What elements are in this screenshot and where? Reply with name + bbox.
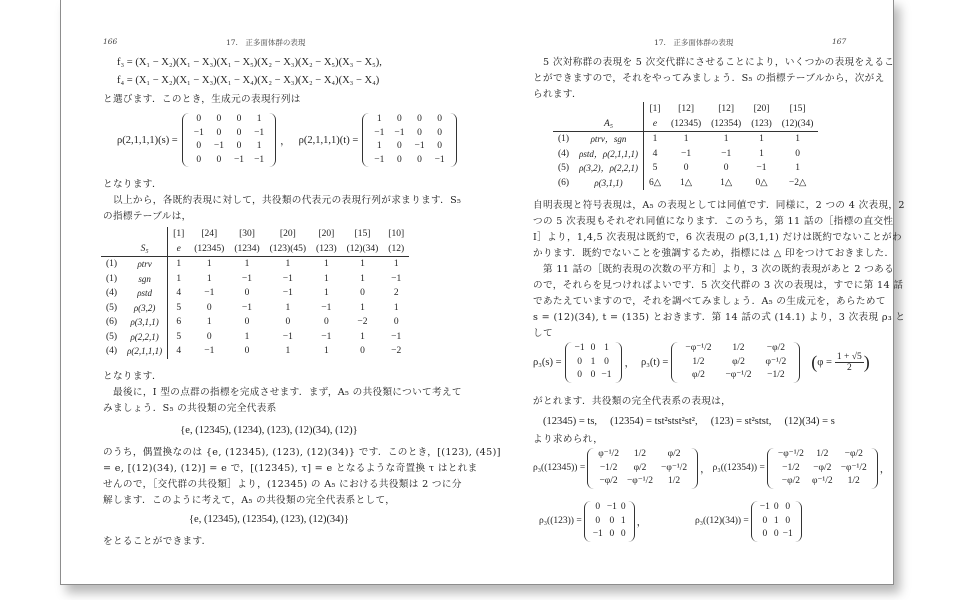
left-page: 166 17. 正多面体群の表現 f₃ = (X₁ − X₂)(X₁ − X₃)… — [61, 0, 477, 584]
matrix-cell: 0 — [572, 356, 588, 370]
separator: ， — [880, 461, 891, 476]
character-value: 0 — [666, 161, 706, 176]
matrix-cell: −φ⁻¹/2 — [678, 342, 718, 356]
matrix-cell: φ/2 — [678, 369, 718, 383]
character-value: 1 — [643, 132, 666, 147]
matrix-cell: 0 — [598, 356, 614, 370]
character-table: [1][12][12][20][15]A₅e(12345)(12354)(123… — [553, 102, 818, 190]
matrix-cell: −1 — [598, 369, 614, 383]
matrix-row: 0001 — [189, 113, 269, 127]
matrix-cell: −1 — [605, 501, 619, 515]
matrix-cell: 0 — [189, 154, 209, 168]
matrix-cell: 0 — [588, 342, 599, 356]
character-value: 0 — [189, 301, 229, 316]
character-value: 0 — [189, 330, 229, 345]
paragraph: 自明表現と符号表現は，A₅ の表現としては同値です．同様に，2 つの 4 次表現… — [533, 198, 905, 214]
matrix-cell: 1 — [619, 515, 628, 529]
generator-matrices: ρ(2,1,1,1)(s) = 0001−100−10−10100−1−1 ， … — [117, 113, 457, 167]
matrix-row: −101 — [572, 342, 615, 356]
separator: ， — [637, 514, 648, 529]
matrix-row: −φ/2φ⁻¹/21/2 — [774, 475, 871, 489]
matrix-row: 00−1−1 — [189, 154, 269, 168]
character-value: 1 — [265, 344, 311, 359]
running-header: 17. 正多面体群の表現 — [226, 37, 305, 48]
matrix-cell: 0 — [758, 528, 772, 542]
paragraph: がとれます．共役類の完全代表系の表現は， — [533, 394, 731, 410]
matrix-label: ρ₃(t) = — [641, 357, 668, 368]
character-value: −2 — [342, 315, 384, 330]
character-value: 6△ — [643, 176, 666, 191]
character-value: 0 — [229, 344, 264, 359]
representation-name: ρ(2,2,1) — [122, 330, 168, 345]
matrix-cell: −φ/2 — [759, 342, 794, 356]
empty-cell — [101, 242, 122, 257]
table-corner-label: S₅ — [122, 242, 168, 257]
matrix-cell: 1/2 — [657, 475, 691, 489]
paragraph: であたえていますので，それを調べてみましょう．A₅ の生成元を，あらためて — [533, 294, 886, 310]
matrix-cell: 1/2 — [837, 475, 871, 489]
matrix-cell: φ/2 — [657, 448, 691, 462]
character-value: −2 — [383, 344, 409, 359]
character-value: 4 — [168, 286, 190, 301]
character-value: 0 — [342, 344, 384, 359]
class-size: [24] — [189, 227, 229, 242]
matrix-cell: 0 — [409, 113, 429, 127]
matrix-cell: φ⁻¹/2 — [808, 475, 837, 489]
conjugacy-class: (12) — [383, 242, 409, 257]
matrix-cell: −φ/2 — [774, 475, 808, 489]
character-value: 0 — [383, 315, 409, 330]
paragraph: となります． — [103, 177, 162, 193]
matrix-label: ρ₃((12345)) = — [533, 463, 585, 473]
conjugacy-class: (123)(45) — [265, 242, 311, 257]
representation-name: ρ(3,1,1) — [574, 176, 643, 191]
character-value: 1 — [342, 272, 384, 287]
character-value: 0 — [777, 147, 819, 162]
conjugacy-class: (12)(34) — [777, 117, 819, 132]
matrix-label: ρ₃((123)) = — [539, 516, 582, 526]
class-size: [30] — [229, 227, 264, 242]
page-number: 167 — [832, 37, 846, 46]
character-value: −1 — [746, 161, 777, 176]
row-dimension: (1) — [101, 257, 122, 272]
paragraph: より求められ， — [533, 432, 603, 448]
empty-cell — [122, 227, 168, 242]
matrix-cell: −1 — [369, 127, 389, 141]
matrix-row: −φ⁻¹/21/2−φ/2 — [774, 448, 871, 462]
matrix-cell: −φ/2 — [837, 448, 871, 462]
representation-name: ρtrv — [122, 257, 168, 272]
matrix-cell: 0 — [229, 113, 249, 127]
matrix-cell: 0 — [781, 501, 795, 515]
rho3-class-matrices-row1: ρ₃((12345)) = φ⁻¹/21/2φ/2−1/2φ/2−φ⁻¹/2−φ… — [533, 448, 890, 489]
matrix-cell: −1 — [572, 342, 588, 356]
matrix-row: φ/2−φ⁻¹/2−1/2 — [678, 369, 793, 383]
matrix-cell: 1 — [249, 140, 269, 154]
matrix-cell: 1 — [369, 113, 389, 127]
row-dimension: (4) — [101, 344, 122, 359]
paragraph: 第 11 話の［既約表現の次数の平方和］より，3 次の既約表現があと 2 つある — [543, 262, 894, 278]
character-value: 1 — [311, 272, 342, 287]
row-dimension: (6) — [553, 176, 574, 191]
phi-lhs: φ = — [817, 357, 832, 368]
paragraph: 解します．このように考えて，A₅ の共役類の完全代表系として， — [103, 493, 395, 509]
empty-cell — [574, 102, 643, 117]
set-a5-representatives: {e, (12345), (12354), (123), (12)(34)} — [61, 514, 477, 525]
character-value: 1 — [311, 344, 342, 359]
paragraph: 5 次対称群の表現を 5 次交代群にさせることにより，いくつかの表現をえるこ — [543, 55, 894, 71]
matrix-cell: −1 — [781, 528, 795, 542]
character-value: 1 — [311, 286, 342, 301]
matrix-cell: φ/2 — [623, 462, 657, 476]
character-value: 4 — [643, 147, 666, 162]
paragraph: せんので，［交代群の共役類］より，(12345) の A₅ における共役類は 2… — [103, 477, 462, 493]
matrix-label: ρ₃((12354)) = — [713, 463, 765, 473]
matrix-row: 00−1 — [758, 528, 795, 542]
character-value: 5 — [168, 330, 190, 345]
separator: ， — [625, 355, 636, 370]
matrix-cell: φ⁻¹/2 — [759, 356, 794, 370]
table-row: (5)ρ(2,2,1)501−1−11−1 — [101, 330, 409, 345]
equation-f3: f₃ = (X₁ − X₂)(X₁ − X₃)(X₁ − X₅)(X₂ − X₃… — [117, 57, 382, 68]
header-row-class-sizes: [1][12][12][20][15] — [553, 102, 818, 117]
table-row: (4)ρ(2,1,1,1)4−10110−2 — [101, 344, 409, 359]
representation-name: ρtrv，sgn — [574, 132, 643, 147]
matrix-cell: −φ⁻¹/2 — [774, 448, 808, 462]
table-row: (5)ρ(3,2)，ρ(2,2,1)500−11 — [553, 161, 818, 176]
matrix-label: ρ(2,1,1,1)(s) = — [117, 135, 178, 146]
character-value: 5 — [168, 301, 190, 316]
character-value: −1 — [265, 330, 311, 345]
paragraph: とができますので，それをやってみましょう．S₅ の指標テーブルから，次がえ — [533, 71, 885, 87]
row-dimension: (6) — [101, 315, 122, 330]
header-row-class-sizes: [1][24][30][20][20][15][10] — [101, 227, 409, 242]
character-value: 1△ — [706, 176, 746, 191]
matrix-cell: 0 — [209, 113, 229, 127]
matrix-cell: φ/2 — [718, 356, 758, 370]
matrix-cell: −φ⁻¹/2 — [837, 462, 871, 476]
representation-name: ρ(3,2)，ρ(2,2,1) — [574, 161, 643, 176]
paragraph: みましょう．S₅ の共役類の完全代表系 — [103, 401, 277, 417]
paragraph: と選びます．このとき，生成元の表現行列は — [103, 92, 301, 108]
matrix-cell: 1 — [772, 515, 781, 529]
conjugacy-expressions: (12345) = ts, (12354) = tst²stst²st², (1… — [543, 413, 835, 428]
class-size: [20] — [265, 227, 311, 242]
character-value: −1 — [229, 272, 264, 287]
matrix-cell: 0 — [772, 501, 781, 515]
table-row: (1)sgn11−1−111−1 — [101, 272, 409, 287]
matrix-row: 1/2φ/2φ⁻¹/2 — [678, 356, 793, 370]
character-value: 0 — [706, 161, 746, 176]
matrix-row: −1/2−φ/2−φ⁻¹/2 — [774, 462, 871, 476]
matrix-cell: 0 — [619, 528, 628, 542]
matrix-cell: 0 — [409, 154, 429, 168]
matrix-cell: 0 — [209, 127, 229, 141]
character-value: 1 — [777, 132, 819, 147]
paragraph: s = (12)(34), t = (135) とおきます．第 14 話の式 (… — [533, 310, 905, 326]
character-value: 1 — [229, 257, 264, 272]
class-size: [15] — [777, 102, 819, 117]
character-value: 1 — [229, 330, 264, 345]
character-value: 1 — [265, 301, 311, 316]
matrix-cell: −φ⁻¹/2 — [623, 475, 657, 489]
matrix-rho3-s: −10101000−1 — [565, 342, 622, 383]
matrix-cell: 0 — [229, 140, 249, 154]
book-spread: 166 17. 正多面体群の表現 f₃ = (X₁ − X₂)(X₁ − X₃)… — [60, 0, 894, 585]
character-value: 0 — [342, 286, 384, 301]
conjugacy-class: (12)(34) — [342, 242, 384, 257]
character-value: −1 — [189, 286, 229, 301]
character-value: 6 — [168, 315, 190, 330]
row-dimension: (4) — [553, 147, 574, 162]
header-row-classes: A₅e(12345)(12354)(123)(12)(34) — [553, 117, 818, 132]
matrix-cell: 0 — [591, 515, 605, 529]
character-value: 0 — [229, 315, 264, 330]
empty-cell — [101, 227, 122, 242]
matrix-rho3-12-34: −10001000−1 — [751, 501, 802, 542]
table-corner-label: A₅ — [574, 117, 643, 132]
matrix-cell: −1 — [249, 127, 269, 141]
character-value: −1 — [666, 147, 706, 162]
matrix-cell: 0 — [389, 154, 409, 168]
matrix-cell: −1 — [369, 154, 389, 168]
empty-cell — [553, 117, 574, 132]
phi-definition: ( φ = 1 + √5 2 ) — [811, 352, 869, 373]
paragraph: I］より，1,4,5 次表現は既約で，6 次表現の ρ(3,1,1) だけは既約… — [533, 230, 902, 246]
character-value: 0 — [311, 315, 342, 330]
table-row: (6)ρ(3,1,1)6△1△1△0△−2△ — [553, 176, 818, 191]
character-value: −1 — [265, 272, 311, 287]
character-value: −1 — [383, 272, 409, 287]
character-value: 0 — [265, 315, 311, 330]
matrix-cell: 1 — [598, 342, 614, 356]
matrix-cell: −1 — [591, 528, 605, 542]
matrix-cell: 0 — [605, 515, 619, 529]
paragraph: となります． — [103, 369, 162, 385]
representation-name: sgn — [122, 272, 168, 287]
character-value: 0△ — [746, 176, 777, 191]
matrix-cell: −1 — [389, 127, 409, 141]
table-row: (4)ρstd4−10−1102 — [101, 286, 409, 301]
separator: ， — [700, 461, 711, 476]
matrix-cell: −1/2 — [594, 462, 623, 476]
separator: ， — [280, 133, 291, 148]
table-row: (6)ρ(3,1,1)61000−20 — [101, 315, 409, 330]
character-value: 1 — [383, 301, 409, 316]
class-size: [12] — [706, 102, 746, 117]
class-size: [20] — [746, 102, 777, 117]
matrix-cell: −1 — [209, 140, 229, 154]
matrix-row: −100−1 — [369, 154, 449, 168]
matrix-cell: 0 — [605, 528, 619, 542]
matrix-cell: 0 — [430, 113, 450, 127]
matrix-row: −1−100 — [369, 127, 449, 141]
paragraph: つの 5 次表現もそれぞれ同値になります．このうち，第 11 話の［指標の直交性 — [533, 214, 893, 230]
conjugacy-class: (12354) — [706, 117, 746, 132]
matrix-row: 10−10 — [369, 140, 449, 154]
matrix-label: ρ₃((12)(34)) = — [695, 516, 749, 526]
matrix-cell: −1 — [409, 140, 429, 154]
paragraph: の指標テーブルは， — [103, 209, 192, 225]
character-value: −2△ — [777, 176, 819, 191]
matrix-body: 0001−100−10−10100−1−1 — [189, 113, 269, 167]
conjugacy-class: (123) — [311, 242, 342, 257]
paragraph: ので，それらを見つければよいです．5 次交代群の 3 次の表現は，すでに第 14… — [533, 278, 903, 294]
matrix-cell: 1/2 — [808, 448, 837, 462]
character-value: 1 — [666, 132, 706, 147]
character-value: −1 — [383, 330, 409, 345]
matrix-cell: 0 — [772, 528, 781, 542]
matrix-cell: 0 — [781, 515, 795, 529]
conjugacy-class: (1234) — [229, 242, 264, 257]
matrix-rho3-t: −φ⁻¹/21/2−φ/21/2φ/2φ⁻¹/2φ/2−φ⁻¹/2−1/2 — [671, 342, 800, 383]
matrix-row: 010 — [758, 515, 795, 529]
matrix-cell: 0 — [229, 127, 249, 141]
matrix-row: −100 — [591, 528, 628, 542]
character-value: 1 — [706, 132, 746, 147]
character-value: 1 — [746, 147, 777, 162]
character-value: −1 — [189, 344, 229, 359]
character-value: 4 — [168, 344, 190, 359]
character-value: −1 — [706, 147, 746, 162]
character-value: 1 — [311, 257, 342, 272]
paragraph: 以上から，各既約表現に対して，共役類の代表元の表現行列が求まります．S₅ — [113, 193, 461, 209]
equation-f4: f₄ = (X₁ − X₂)(X₁ − X₃)(X₁ − X₄)(X₂ − X₃… — [117, 75, 379, 86]
matrix-cell: 0 — [189, 113, 209, 127]
matrix-cell: 0 — [758, 515, 772, 529]
table-row: (5)ρ(3,2)50−11−111 — [101, 301, 409, 316]
matrix-row: −1/2φ/2−φ⁻¹/2 — [594, 462, 691, 476]
matrix-body: 1000−1−10010−10−100−1 — [369, 113, 449, 167]
matrix-cell: −1/2 — [774, 462, 808, 476]
character-value: 1 — [342, 330, 384, 345]
character-value: 1 — [168, 272, 190, 287]
matrix-row: 0−10 — [591, 501, 628, 515]
character-table: [1][24][30][20][20][15][10]S₅e(12345)(12… — [101, 227, 409, 359]
row-dimension: (4) — [101, 286, 122, 301]
row-dimension: (1) — [553, 132, 574, 147]
phi-denominator: 2 — [847, 363, 852, 373]
character-value: −1 — [311, 330, 342, 345]
paragraph: 最後に，I 型の点群の指標を完成させます．まず，A₅ の共役類について考えて — [113, 385, 462, 401]
character-value: 1 — [746, 132, 777, 147]
matrix-row: −100 — [758, 501, 795, 515]
matrix-cell: 0 — [209, 154, 229, 168]
matrix-row: 1000 — [369, 113, 449, 127]
character-value: 1 — [189, 315, 229, 330]
paragraph: られます． — [533, 87, 582, 103]
character-value: 1 — [342, 301, 384, 316]
matrix-cell: φ⁻¹/2 — [594, 448, 623, 462]
row-dimension: (1) — [101, 272, 122, 287]
matrix-row: −φ/2−φ⁻¹/21/2 — [594, 475, 691, 489]
matrix-cell: 1/2 — [718, 342, 758, 356]
representation-name: ρ(2,1,1,1) — [122, 344, 168, 359]
matrix-cell: 0 — [591, 501, 605, 515]
matrix-rho3-12345: φ⁻¹/21/2φ/2−1/2φ/2−φ⁻¹/2−φ/2−φ⁻¹/21/2 — [587, 448, 698, 489]
row-dimension: (5) — [553, 161, 574, 176]
conjugacy-class: e — [643, 117, 666, 132]
matrix-rho3-123: 0−10001−100 — [584, 501, 635, 542]
running-header: 17. 正多面体群の表現 — [654, 37, 733, 48]
table-row: (4)ρstd，ρ(2,1,1,1)4−1−110 — [553, 147, 818, 162]
matrix-cell: −1 — [249, 154, 269, 168]
paragraph: かります．既約でないことを強調するため，指標には △ 印をつけておきました． — [533, 246, 894, 262]
matrix-cell: −1 — [430, 154, 450, 168]
matrix-label: ρ(2,1,1,1)(t) = — [299, 135, 359, 146]
matrix-row: −100−1 — [189, 127, 269, 141]
matrix-cell: −φ⁻¹/2 — [657, 462, 691, 476]
conjugacy-class: (123) — [746, 117, 777, 132]
matrix-cell: −1 — [229, 154, 249, 168]
class-size: [10] — [383, 227, 409, 242]
class-size: [12] — [666, 102, 706, 117]
matrix-cell: −1 — [758, 501, 772, 515]
matrix-row: 00−1 — [572, 369, 615, 383]
matrix-cell: −φ⁻¹/2 — [718, 369, 758, 383]
matrix-cell: 0 — [430, 140, 450, 154]
class-size: [20] — [311, 227, 342, 242]
matrix-cell: 0 — [409, 127, 429, 141]
conjugacy-class: (12345) — [189, 242, 229, 257]
character-value: 1△ — [666, 176, 706, 191]
matrix-label: ρ₃(s) = — [533, 357, 562, 368]
character-value: −1 — [229, 301, 264, 316]
representation-name: ρ(3,2) — [122, 301, 168, 316]
matrix-cell: −1 — [189, 127, 209, 141]
paragraph: = e, [(12)(34), (12)] = e で，[(12345), τ]… — [103, 461, 478, 477]
matrix-cell: 0 — [572, 369, 588, 383]
row-dimension: (5) — [101, 301, 122, 316]
table-row: (1)ρtrv，sgn11111 — [553, 132, 818, 147]
matrix-cell: 1/2 — [623, 448, 657, 462]
representation-name: ρ(3,1,1) — [122, 315, 168, 330]
matrix-rho-t: 1000−1−10010−10−100−1 — [362, 113, 456, 167]
paragraph: して — [533, 326, 553, 342]
character-value: 1 — [383, 257, 409, 272]
matrix-row: −φ⁻¹/21/2−φ/2 — [678, 342, 793, 356]
character-value: 1 — [265, 257, 311, 272]
class-size: [15] — [342, 227, 384, 242]
character-value: 1 — [342, 257, 384, 272]
page-number: 166 — [103, 37, 117, 46]
character-value: 5 — [643, 161, 666, 176]
empty-cell — [553, 102, 574, 117]
conjugacy-class: (12345) — [666, 117, 706, 132]
matrix-cell: 1 — [588, 356, 599, 370]
phi-numerator: 1 + √5 — [835, 352, 864, 363]
character-value: −1 — [265, 286, 311, 301]
matrix-row: φ⁻¹/21/2φ/2 — [594, 448, 691, 462]
matrix-rho3-12354: −φ⁻¹/21/2−φ/2−1/2−φ/2−φ⁻¹/2−φ/2φ⁻¹/21/2 — [767, 448, 878, 489]
conjugacy-class: e — [168, 242, 190, 257]
rho3-class-matrices-row2b: ρ₃((12)(34)) = −10001000−1 — [695, 501, 802, 542]
table-row: (1)ρtrv1111111 — [101, 257, 409, 272]
rho3-generator-matrices: ρ₃(s) = −10101000−1 ， ρ₃(t) = −φ⁻¹/21/2−… — [533, 342, 870, 383]
class-size: [1] — [168, 227, 190, 242]
matrix-cell: 0 — [189, 140, 209, 154]
matrix-rho-s: 0001−100−10−10100−1−1 — [182, 113, 276, 167]
matrix-cell: −1/2 — [759, 369, 794, 383]
matrix-row: 0−101 — [189, 140, 269, 154]
character-value: 1 — [777, 161, 819, 176]
rho3-class-matrices-row2a: ρ₃((123)) = 0−10001−100 ， — [539, 501, 647, 542]
matrix-row: 010 — [572, 356, 615, 370]
matrix-cell: 1 — [249, 113, 269, 127]
class-size: [1] — [643, 102, 666, 117]
paragraph: をとることができます． — [103, 534, 212, 550]
matrix-cell: 0 — [389, 113, 409, 127]
